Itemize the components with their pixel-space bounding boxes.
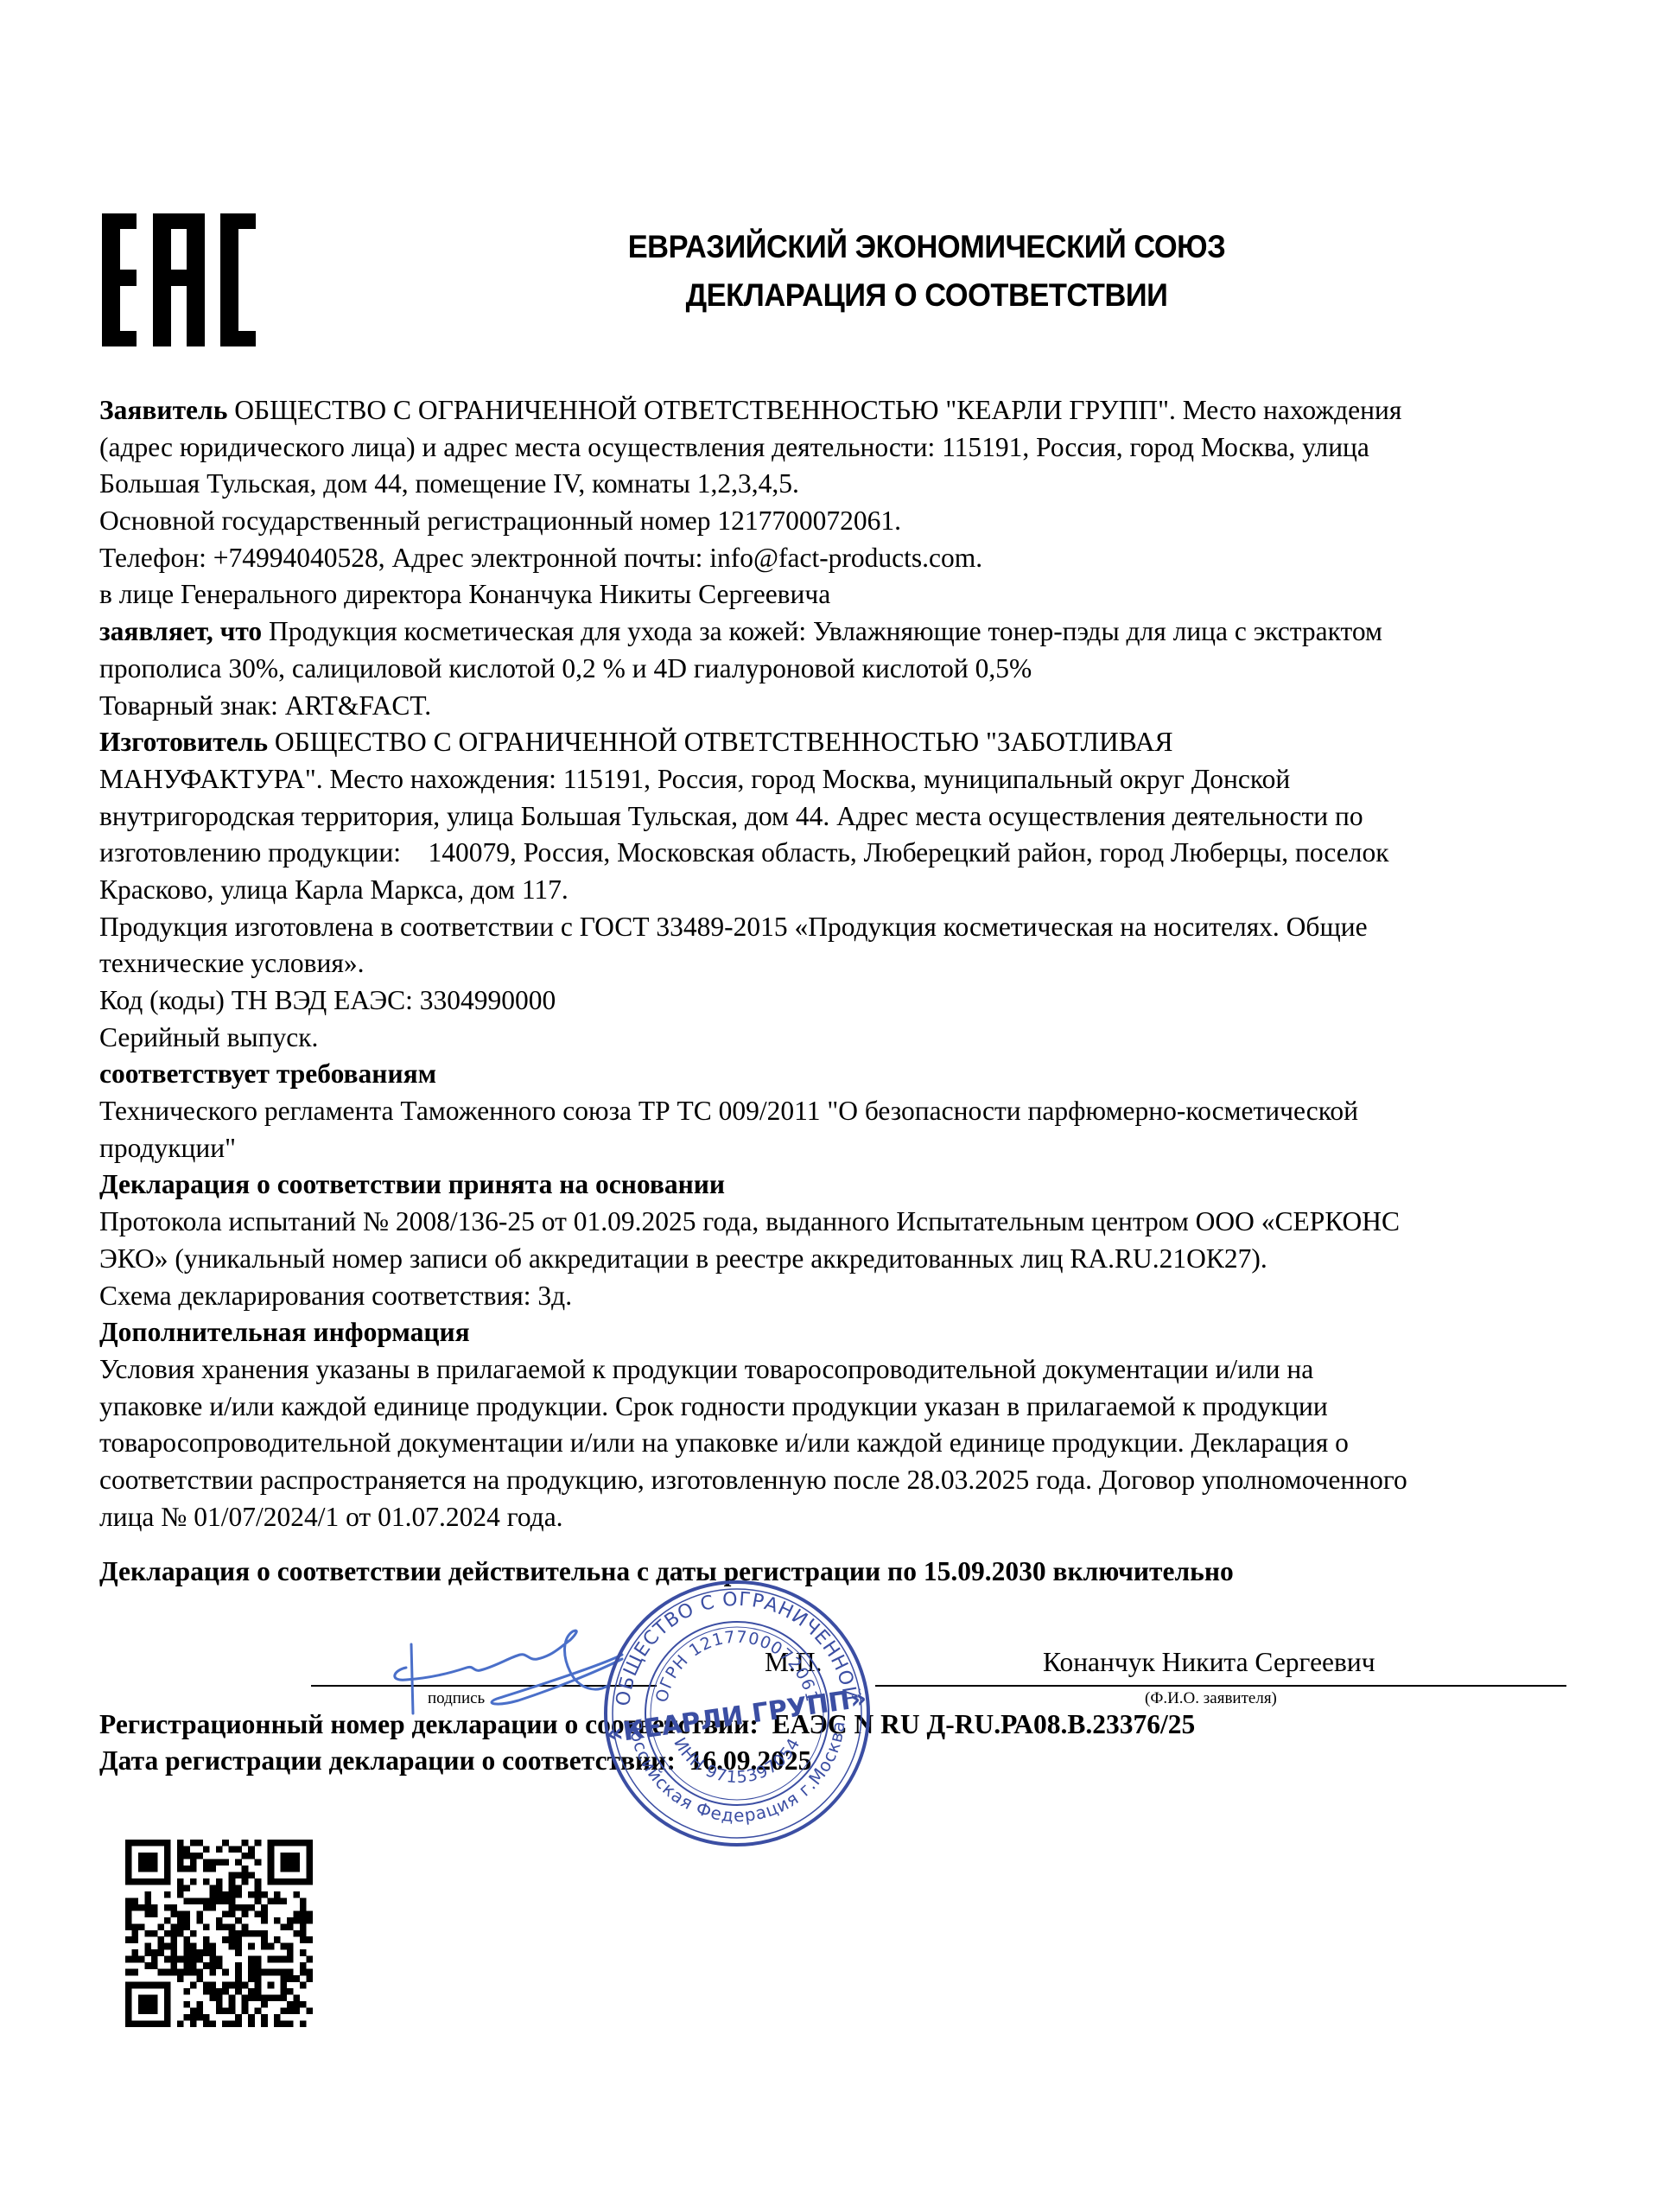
manufacturer-line: Изготовитель ОБЩЕСТВО С ОГРАНИЧЕННОЙ ОТВ… (99, 724, 1568, 761)
hs-code: Код (коды) ТН ВЭД ЕАЭС: 3304990000 (99, 982, 1568, 1020)
signer-caption: (Ф.И.О. заявителя) (1145, 1689, 1277, 1708)
contacts: Телефон: +74994040528, Адрес электронной… (99, 540, 1568, 577)
signer-name: Конанчук Никита Сергеевич (1043, 1647, 1375, 1678)
union-title: ЕВРАЗИЙСКИЙ ЭКОНОМИЧЕСКИЙ СОЮЗ (547, 223, 1306, 271)
standard: Продукция изготовлена в соответствии с Г… (99, 909, 1568, 946)
ogrn: Основной государственный регистрационный… (99, 503, 1568, 540)
trademark: Товарный знак: ART&FACT. (99, 688, 1568, 725)
registration-date: Дата регистрации декларации о соответств… (99, 1745, 811, 1777)
registration-number-value: ЕАЭС N RU Д-RU.РА08.В.23376/25 (772, 1709, 1196, 1739)
manufacturer-label: Изготовитель (99, 727, 268, 757)
signature-line (311, 1685, 657, 1687)
product-cont: прополиса 30%, салициловой кислотой 0,2 … (99, 651, 1568, 688)
applicant-line: Заявитель ОБЩЕСТВО С ОГРАНИЧЕННОЙ ОТВЕТС… (99, 392, 1568, 429)
seal-mark: М.П. (765, 1647, 823, 1678)
document-header: ЕВРАЗИЙСКИЙ ЭКОНОМИЧЕСКИЙ СОЮЗ ДЕКЛАРАЦИ… (547, 223, 1306, 320)
regulation: Технического регламента Таможенного союз… (99, 1093, 1568, 1130)
standard-cont: технические условия». (99, 945, 1568, 982)
declaration-page: ЕВРАЗИЙСКИЙ ЭКОНОМИЧЕСКИЙ СОЮЗ ДЕКЛАРАЦИ… (0, 0, 1658, 2212)
additional-info-1: Условия хранения указаны в прилагаемой к… (99, 1351, 1568, 1389)
complies-heading: соответствует требованиям (99, 1056, 1568, 1093)
validity-statement: Декларация о соответствии действительна … (99, 1554, 1568, 1591)
additional-info-2: упаковке и/или каждой единице продукции.… (99, 1389, 1568, 1426)
manufacturer-address-4: Красково, улица Карла Маркса, дом 117. (99, 872, 1568, 909)
signature-caption: подпись (428, 1689, 485, 1708)
represented-by: в лице Генерального директора Конанчука … (99, 576, 1568, 613)
name-line (875, 1685, 1566, 1687)
manufacturer-address-2: внутригородская территория, улица Больша… (99, 798, 1568, 836)
registration-date-value: 16.09.2025 (689, 1745, 812, 1776)
additional-info-3: товаросопроводительной документации и/ил… (99, 1425, 1568, 1462)
qr-code-icon (125, 1840, 313, 2027)
additional-info-5: лица № 01/07/2024/1 от 01.07.2024 года. (99, 1499, 1568, 1536)
declaration-body: Заявитель ОБЩЕСТВО С ОГРАНИЧЕННОЙ ОТВЕТС… (99, 392, 1568, 1591)
manufacturer-address-1: МАНУФАКТУРА". Место нахождения: 115191, … (99, 761, 1568, 798)
additional-info-4: соответствии распространяется на продукц… (99, 1462, 1568, 1499)
product-line: заявляет, что Продукция косметическая дл… (99, 613, 1568, 651)
manufacturer-address-3: изготовлению продукции: 140079, Россия, … (99, 835, 1568, 872)
registration-number: Регистрационный номер декларации о соотв… (99, 1709, 1195, 1740)
applicant-address: (адрес юридического лица) и адрес места … (99, 429, 1568, 467)
eac-mark-icon (102, 213, 256, 346)
declaration-scheme: Схема декларирования соответствия: 3д. (99, 1278, 1568, 1315)
applicant-label: Заявитель (99, 395, 227, 425)
declares-label: заявляет, что (99, 616, 262, 646)
applicant-address-cont: Большая Тульская, дом 44, помещение IV, … (99, 466, 1568, 503)
basis-heading: Декларация о соответствии принята на осн… (99, 1166, 1568, 1204)
regulation-cont: продукции" (99, 1130, 1568, 1167)
test-protocol-cont: ЭКО» (уникальный номер записи об аккреди… (99, 1241, 1568, 1278)
additional-heading: Дополнительная информация (99, 1314, 1568, 1351)
serial-release: Серийный выпуск. (99, 1020, 1568, 1057)
document-title: ДЕКЛАРАЦИЯ О СООТВЕТСТВИИ (547, 271, 1306, 320)
test-protocol: Протокола испытаний № 2008/136-25 от 01.… (99, 1204, 1568, 1241)
